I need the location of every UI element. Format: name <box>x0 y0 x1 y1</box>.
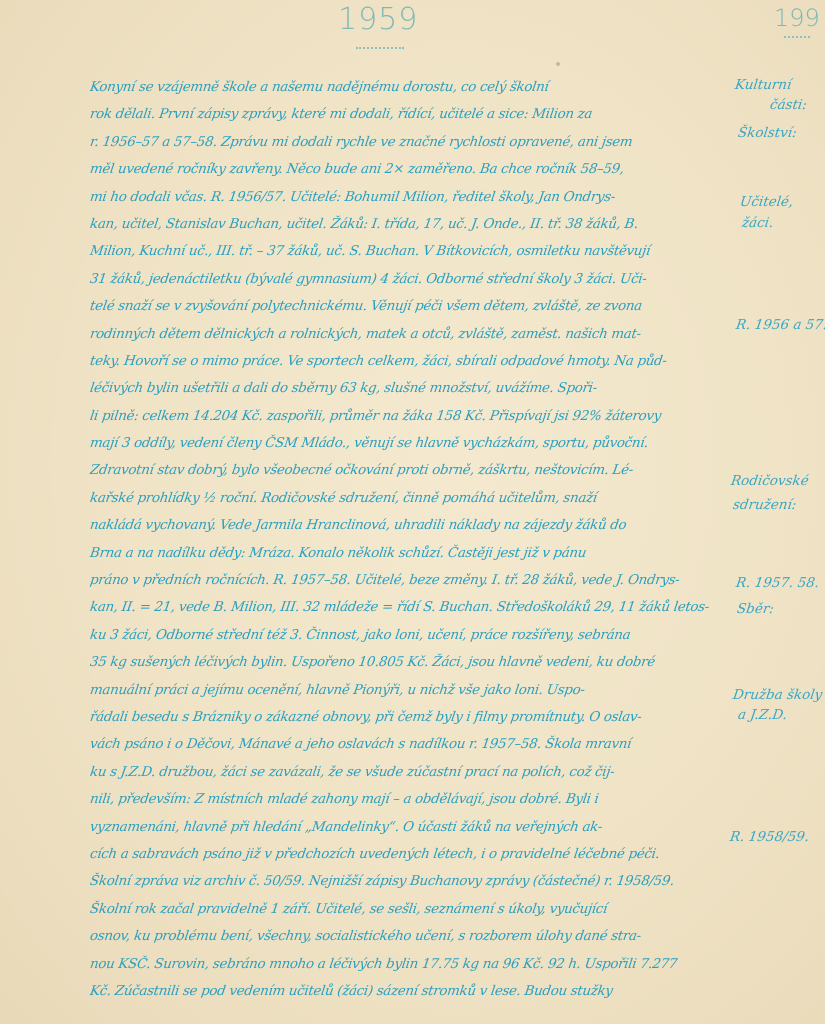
text-line: Školní rok začal pravidelně 1 září. Učit… <box>88 896 732 923</box>
text-line: kan, II. = 21, vede B. Milion, III. 32 m… <box>88 594 732 621</box>
text-line: Školní zpráva viz archiv č. 50/59. Nejni… <box>88 868 732 895</box>
margin-note: R. 1957. 58. <box>735 574 821 592</box>
text-line: Zdravotní stav dobrý, bylo všeobecné očk… <box>88 457 732 484</box>
text-line: nili, především: Z místních mladé zahony… <box>88 786 732 813</box>
margin-note: Družba školy <box>732 686 824 704</box>
text-line: 35 kg sušených léčivých bylin. Uspořeno … <box>88 649 732 676</box>
margin-note: Sběr: <box>736 600 775 618</box>
text-line: kařské prohlídky ½ roční. Rodičovské sdr… <box>88 485 732 512</box>
margin-note: R. 1956 a 57. <box>735 316 825 334</box>
margin-note: Kulturní <box>734 76 793 94</box>
margin-note: Rodičovské <box>730 472 810 490</box>
handwritten-chronicle-page: 1959 199 Konyní se vzájemně škole a naše… <box>0 0 825 1024</box>
page-number-underline <box>784 36 810 38</box>
text-line: vách psáno i o Děčovi, Mánavé a jeho osl… <box>88 731 732 758</box>
text-line: léčivých bylin ušetřili a dali do sběrny… <box>88 375 732 402</box>
text-line: rodinných dětem dělnických a rolnických,… <box>88 321 732 348</box>
text-line: Brna a na nadílku dědy: Mráza. Konalo ně… <box>88 540 732 567</box>
margin-note: sdružení: <box>732 496 798 514</box>
text-line: cích a sabravách psáno již v předchozích… <box>88 841 732 868</box>
text-line: telé snaží se v zvyšování polytechnickém… <box>88 293 732 320</box>
text-line: řádali besedu s Brázniky o zákazné obnov… <box>88 704 732 731</box>
text-line: Milion, Kuchní uč., III. tř. – 37 žáků, … <box>88 238 732 265</box>
year-heading: 1959 <box>338 2 418 37</box>
page-number: 199 <box>774 4 820 32</box>
text-line: teky. Hovoří se o mimo práce. Ve sportec… <box>88 348 732 375</box>
margin-note: Učitelé, <box>739 193 795 211</box>
text-line: mi ho dodali včas. R. 1956/57. Učitelé: … <box>88 184 732 211</box>
text-line: r. 1956–57 a 57–58. Zprávu mi dodali ryc… <box>88 129 732 156</box>
text-line: měl uvedené ročníky zavřeny. Něco bude a… <box>88 156 732 183</box>
text-line: kan, učitel, Stanislav Buchan, učitel. Ž… <box>88 211 732 238</box>
margin-note: Školství: <box>737 124 798 142</box>
text-line: mají 3 oddíly, vedení členy ČSM Mládo., … <box>88 430 732 457</box>
text-line: ku s J.Z.D. družbou, žáci se zavázali, ž… <box>88 759 732 786</box>
margin-note: a J.Z.D. <box>737 706 789 724</box>
main-text-block: Konyní se vzájemně škole a našemu nadějn… <box>90 74 730 1005</box>
margin-note: R. 1958/59. <box>729 828 811 846</box>
text-line: Konyní se vzájemně škole a našemu nadějn… <box>88 74 732 101</box>
text-line: rok dělali. První zápisy zprávy, které m… <box>88 101 732 128</box>
text-line: osnov, ku problému bení, všechny, social… <box>88 923 732 950</box>
margin-note: žáci. <box>741 214 775 232</box>
text-line: ku 3 žáci, Odborné střední též 3. Činnos… <box>88 622 732 649</box>
margin-note: části: <box>769 96 808 114</box>
text-line: Kč. Zúčastnili se pod vedením učitelů (ž… <box>88 978 732 1005</box>
paper-stain <box>556 62 560 66</box>
text-line: nakládá vychovaný. Vede Jarmila Hranclin… <box>88 512 732 539</box>
text-line: vyznamenáni, hlavně při hledání „Mandeli… <box>88 814 732 841</box>
text-line: manuální práci a jejímu ocenění, hlavně … <box>88 677 732 704</box>
text-line: práno v předních ročnících. R. 1957–58. … <box>88 567 732 594</box>
text-line: nou KSČ. Surovin, sebráno mnoho a léčivý… <box>88 951 732 978</box>
year-underline <box>356 44 404 49</box>
text-line: li pilně: celkem 14.204 Kč. zaspořili, p… <box>88 403 732 430</box>
text-line: 31 žáků, jedenáctiletku (bývalé gymnasiu… <box>88 266 732 293</box>
